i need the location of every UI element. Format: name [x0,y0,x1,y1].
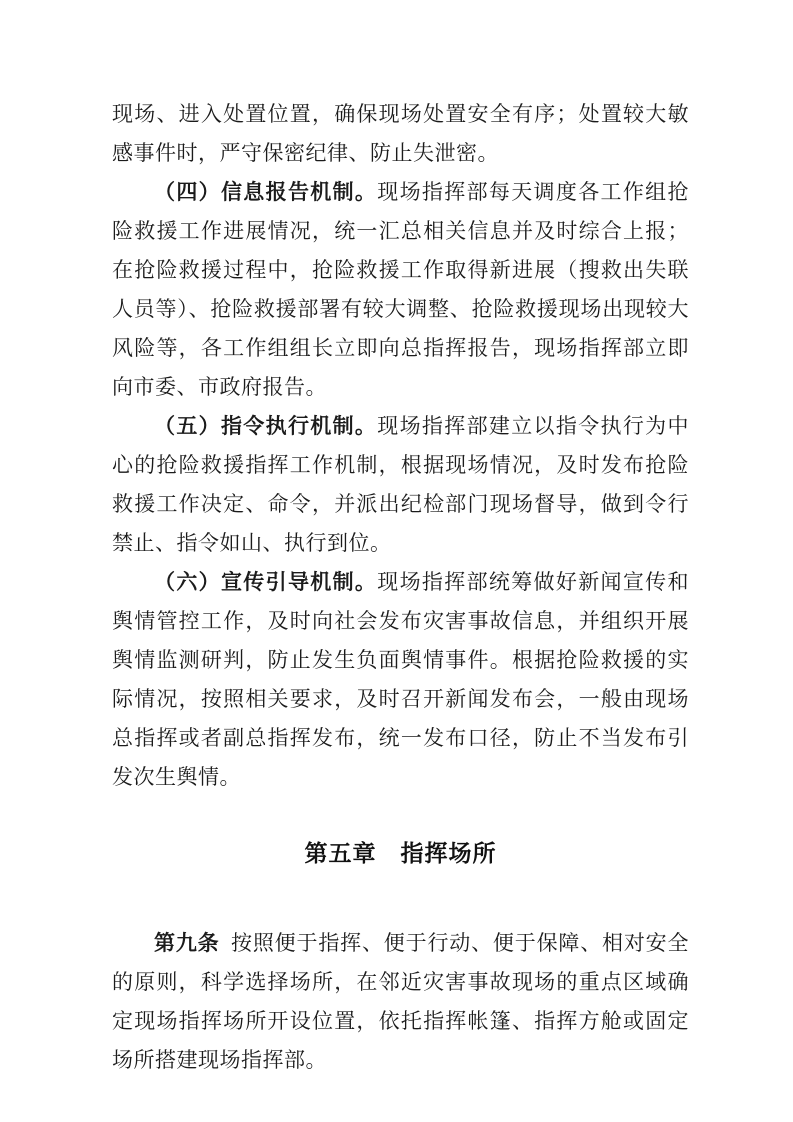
article-number-lead: 第九条 [154,931,219,955]
paragraph-order-execution-mechanism: （五）指令执行机制。现场指挥部建立以指令执行为中心的抢险救援指挥工作机制，根据现… [112,407,689,563]
paragraph-text: 现场、进入处置位置，确保现场处置安全有序；处置较大敏感事件时，严守保密纪律、防止… [112,102,689,165]
paragraph-text: 现场指挥部统筹做好新闻宣传和舆情管控工作，及时向社会发布灾害事故信息，并组织开展… [112,570,689,789]
paragraph-publicity-guidance-mechanism: （六）宣传引导机制。现场指挥部统筹做好新闻宣传和舆情管控工作，及时向社会发布灾害… [112,563,689,797]
paragraph-text: 现场指挥部每天调度各工作组抢险救援工作进展情况，统一汇总相关信息并及时综合上报；… [112,180,689,399]
paragraph-continuation: 现场、进入处置位置，确保现场处置安全有序；处置较大敏感事件时，严守保密纪律、防止… [112,95,689,173]
paragraph-article-9: 第九条按照便于指挥、便于行动、便于保障、相对安全的原则，科学选择场所，在邻近灾害… [112,924,689,1080]
document-page: 现场、进入处置位置，确保现场处置安全有序；处置较大敏感事件时，严守保密纪律、防止… [0,0,793,1122]
paragraph-lead: （四）信息报告机制。 [154,180,377,204]
chapter-heading: 第五章 指挥场所 [112,834,689,873]
chapter-heading-text: 第五章 指挥场所 [305,840,497,866]
paragraph-info-report-mechanism: （四）信息报告机制。现场指挥部每天调度各工作组抢险救援工作进展情况，统一汇总相关… [112,173,689,407]
paragraph-lead: （五）指令执行机制。 [154,414,377,438]
paragraph-lead: （六）宣传引导机制。 [154,570,377,594]
